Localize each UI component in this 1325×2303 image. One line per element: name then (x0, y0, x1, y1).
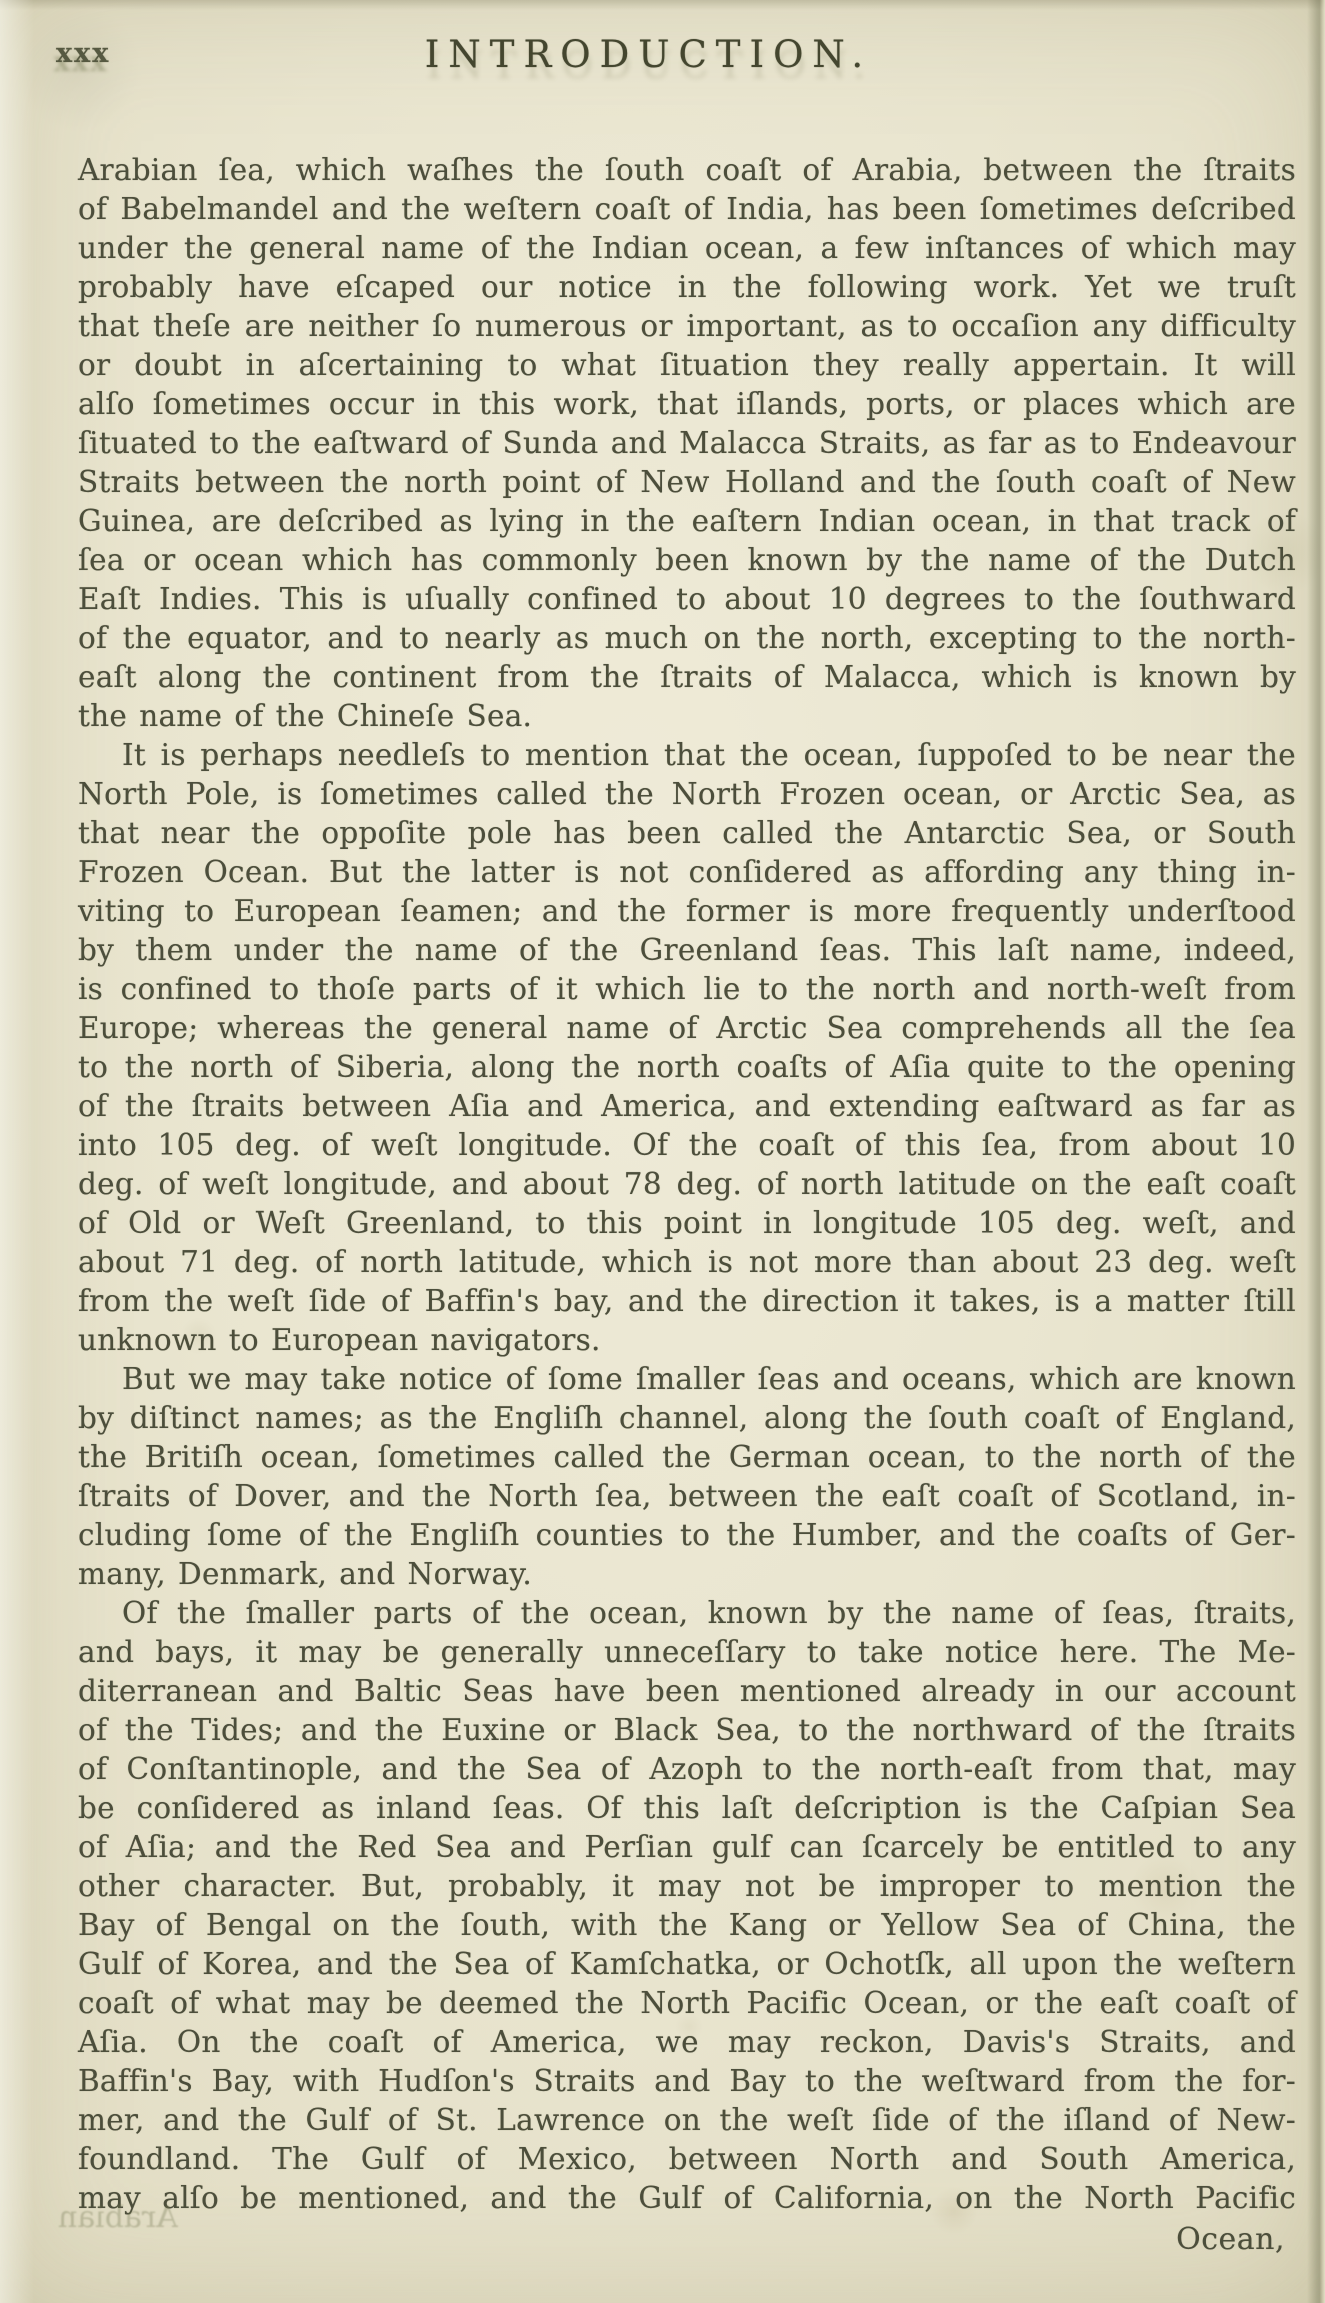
text-line: to the north of Siberia, along the north… (78, 1048, 1296, 1087)
page-title: INTRODUCTION. (0, 33, 1297, 76)
text-line: Baffin's Bay, with Hudſon's Straits and … (78, 2062, 1296, 2101)
catchword: Ocean, (1176, 2222, 1285, 2257)
text-line: the Britiſh ocean, ſometimes called the … (78, 1438, 1296, 1477)
page-edge-right-shadow (1307, 0, 1325, 2303)
text-line: Guinea, are deſcribed as lying in the ea… (78, 502, 1296, 541)
text-line: that near the oppoſite pole has been cal… (78, 814, 1296, 853)
text-line: may alſo be mentioned, and the Gulf of C… (78, 2179, 1296, 2218)
text-line: of the equator, and to nearly as much on… (78, 619, 1296, 658)
body-text: Arabian ſea, which waſhes the ſouth coaſ… (78, 151, 1296, 2218)
text-line: under the general name of the Indian oce… (78, 229, 1296, 268)
bleed-through-ghost-text: Arabian (58, 2200, 178, 2235)
text-line: cluding ſome of the Engliſh counties to … (78, 1516, 1296, 1555)
text-line: Arabian ſea, which waſhes the ſouth coaſ… (78, 151, 1296, 190)
text-line: ſituated to the eaſtward of Sunda and Ma… (78, 424, 1296, 463)
text-line: and bays, it may be generally unneceſſar… (78, 1633, 1296, 1672)
text-line: from the weſt ſide of Baffin's bay, and … (78, 1282, 1296, 1321)
text-line: ſtraits of Dover, and the North ſea, bet… (78, 1477, 1296, 1516)
text-line: by diſtinct names; as the Engliſh channe… (78, 1399, 1296, 1438)
text-line: of Conſtantinople, and the Sea of Azoph … (78, 1750, 1296, 1789)
text-line: alſo ſometimes occur in this work, that … (78, 385, 1296, 424)
text-line: Frozen Ocean. But the latter is not conſ… (78, 853, 1296, 892)
text-line: Of the ſmaller parts of the ocean, known… (78, 1594, 1296, 1633)
text-line: probably have eſcaped our notice in the … (78, 268, 1296, 307)
text-line: the name of the Chineſe Sea. (78, 697, 1296, 736)
text-line: But we may take notice of ſome ſmaller ſ… (78, 1360, 1296, 1399)
text-line: of Aſia; and the Red Sea and Perſian gul… (78, 1828, 1296, 1867)
text-line: foundland. The Gulf of Mexico, between N… (78, 2140, 1296, 2179)
text-line: or doubt in aſcertaining to what ſituati… (78, 346, 1296, 385)
text-line: about 71 deg. of north latitude, which i… (78, 1243, 1296, 1282)
text-line: Bay of Bengal on the ſouth, with the Kan… (78, 1906, 1296, 1945)
text-line: North Pole, is ſometimes called the Nort… (78, 775, 1296, 814)
text-line: It is perhaps needleſs to mention that t… (78, 736, 1296, 775)
text-line: of the ſtraits between Aſia and America,… (78, 1087, 1296, 1126)
text-line: unknown to European navigators. (78, 1321, 1296, 1360)
text-line: eaſt along the continent from the ſtrait… (78, 658, 1296, 697)
paragraph: Arabian ſea, which waſhes the ſouth coaſ… (78, 151, 1296, 736)
text-line: of Old or Weſt Greenland, to this point … (78, 1204, 1296, 1243)
page-edge-top-shadow (0, 0, 1325, 10)
text-line: Europe; whereas the general name of Arct… (78, 1009, 1296, 1048)
text-line: Eaſt Indies. This is uſually confined to… (78, 580, 1296, 619)
text-line: Aſia. On the coaſt of America, we may re… (78, 2023, 1296, 2062)
text-line: mer, and the Gulf of St. Lawrence on the… (78, 2101, 1296, 2140)
text-line: Gulf of Korea, and the Sea of Kamſchatka… (78, 1945, 1296, 1984)
paragraph: But we may take notice of ſome ſmaller ſ… (78, 1360, 1296, 1594)
paragraph: It is perhaps needleſs to mention that t… (78, 736, 1296, 1360)
text-line: that theſe are neither ſo numerous or im… (78, 307, 1296, 346)
text-line: diterranean and Baltic Seas have been me… (78, 1672, 1296, 1711)
paragraph: Of the ſmaller parts of the ocean, known… (78, 1594, 1296, 2218)
text-line: deg. of weſt longitude, and about 78 deg… (78, 1165, 1296, 1204)
page-edge-left-highlight (0, 0, 34, 2303)
text-line: ſea or ocean which has commonly been kno… (78, 541, 1296, 580)
text-line: by them under the name of the Greenland … (78, 931, 1296, 970)
text-line: other character. But, probably, it may n… (78, 1867, 1296, 1906)
text-line: Straits between the north point of New H… (78, 463, 1296, 502)
text-line: viting to European ſeamen; and the forme… (78, 892, 1296, 931)
book-page: xxx INTRODUCTION. Arabian ſea, which waſ… (0, 0, 1325, 2303)
text-line: be conſidered as inland ſeas. Of this la… (78, 1789, 1296, 1828)
text-line: of the Tides; and the Euxine or Black Se… (78, 1711, 1296, 1750)
text-line: coaſt of what may be deemed the North Pa… (78, 1984, 1296, 2023)
text-line: is confined to thoſe parts of it which l… (78, 970, 1296, 1009)
text-line: into 105 deg. of weſt longitude. Of the … (78, 1126, 1296, 1165)
text-line: of Babelmandel and the weſtern coaſt of … (78, 190, 1296, 229)
text-line: many, Denmark, and Norway. (78, 1555, 1296, 1594)
